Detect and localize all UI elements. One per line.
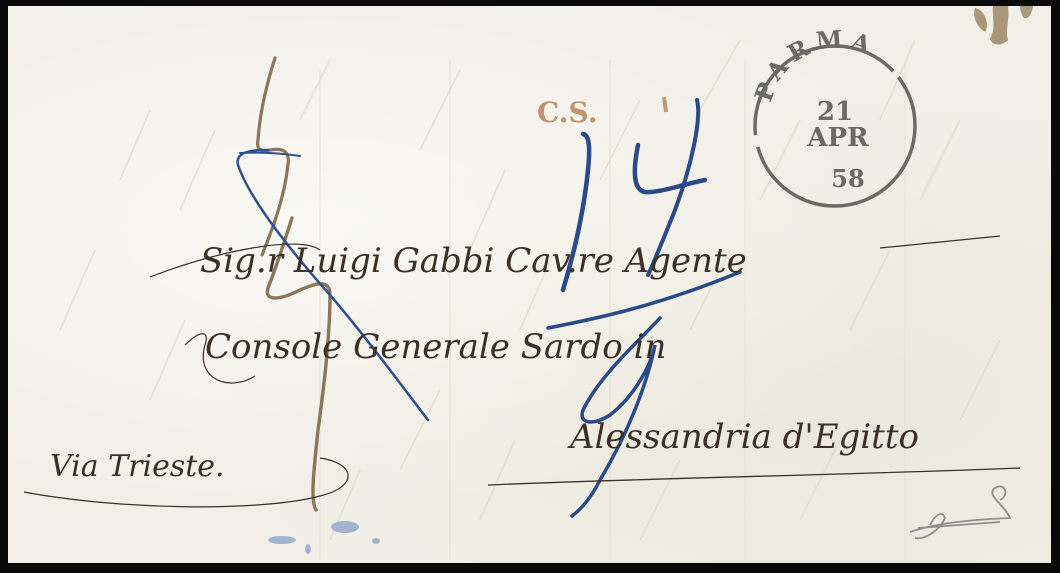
parma-postmark: PARMA 21 APR 58 xyxy=(748,24,915,206)
svg-text:PARMA: PARMA xyxy=(748,24,880,105)
blue-smudge xyxy=(268,521,380,554)
route-annotation: Via Trieste. xyxy=(24,449,348,507)
svg-text:58: 58 xyxy=(831,164,864,193)
address-block: Sig.r Luigi Gabbi Cav.re Agente Console … xyxy=(150,236,1020,485)
pencil-signature xyxy=(910,486,1010,538)
address-line-1: Sig.r Luigi Gabbi Cav.re Agente xyxy=(200,241,747,281)
ink-stain xyxy=(974,6,1033,44)
address-line-3: Alessandria d'Egitto xyxy=(567,417,919,457)
cs-handstamp: C.S. xyxy=(537,96,598,129)
cover-artwork: PARMA 21 APR 58 C.S. Sig.r Luigi Gabbi C… xyxy=(0,0,1060,573)
svg-text:APR: APR xyxy=(806,123,869,153)
svg-text:Via Trieste.: Via Trieste. xyxy=(50,449,225,484)
blue-cross-stroke xyxy=(238,150,428,420)
address-line-2: Console Generale Sardo in xyxy=(205,327,666,367)
